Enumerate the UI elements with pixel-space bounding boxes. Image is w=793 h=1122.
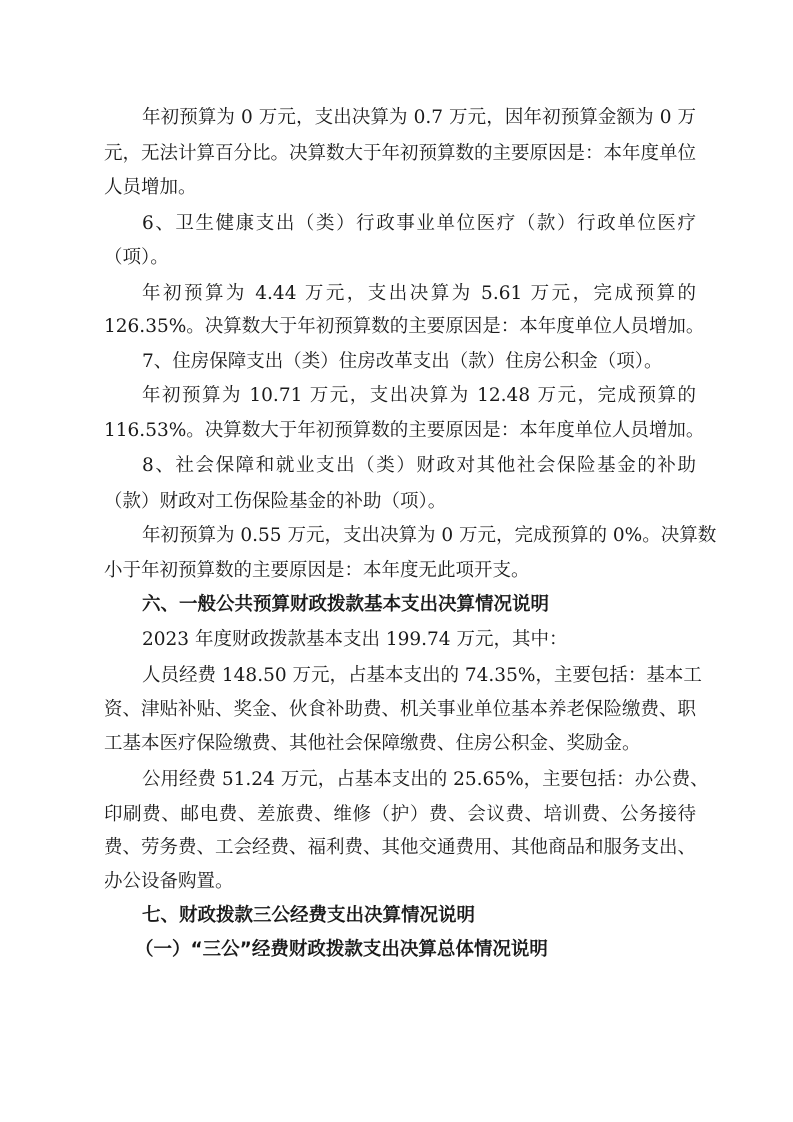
paragraph-line: 年初预算为 10.71 万元，支出决算为 12.48 万元，完成预算的 <box>142 379 696 413</box>
paragraph-line: 资、津贴补贴、奖金、伙食补助费、机关事业单位基本养老保险缴费、职 <box>104 693 696 727</box>
section-heading-7: 七、财政拨款三公经费支出决算情况说明 <box>142 899 696 933</box>
section-heading-6: 六、一般公共预算财政拨款基本支出决算情况说明 <box>142 588 696 622</box>
list-item-6-cont: （项）。 <box>104 241 696 275</box>
paragraph-line: 工基本医疗保险缴费、其他社会保障缴费、住房公积金、奖励金。 <box>104 727 696 761</box>
list-item-8: 8、社会保障和就业支出（类）财政对其他社会保险基金的补助 <box>142 449 696 483</box>
paragraph-line: 元，无法计算百分比。决算数大于年初预算数的主要原因是：本年度单位 <box>104 137 696 171</box>
paragraph-line: 年初预算为 0 万元，支出决算为 0.7 万元，因年初预算金额为 0 万 <box>142 101 696 135</box>
paragraph-line: 费、劳务费、工会经费、福利费、其他交通费用、其他商品和服务支出、 <box>104 831 696 865</box>
paragraph-line: 2023 年度财政拨款基本支出 199.74 万元，其中： <box>142 623 696 657</box>
paragraph-line: 人员增加。 <box>104 171 696 205</box>
list-item-8-cont: （款）财政对工伤保险基金的补助（项）。 <box>104 485 696 519</box>
list-item-7: 7、住房保障支出（类）住房改革支出（款）住房公积金（项）。 <box>142 345 696 379</box>
paragraph-line: 人员经费 148.50 万元，占基本支出的 74.35%，主要包括：基本工 <box>142 659 696 693</box>
list-item-6: 6、卫生健康支出（类）行政事业单位医疗（款）行政单位医疗 <box>142 207 696 241</box>
paragraph-line: 办公设备购置。 <box>104 865 696 899</box>
subsection-heading-7-1: （一）“三公”经费财政拨款支出决算总体情况说明 <box>135 933 727 967</box>
paragraph-line: 126.35%。决算数大于年初预算数的主要原因是：本年度单位人员增加。 <box>104 310 696 344</box>
paragraph-line: 年初预算为 4.44 万元，支出决算为 5.61 万元，完成预算的 <box>142 277 696 311</box>
paragraph-line: 公用经费 51.24 万元，占基本支出的 25.65%，主要包括：办公费、 <box>142 763 696 797</box>
paragraph-line: 年初预算为 0.55 万元，支出决算为 0 万元，完成预算的 0%。决算数 <box>142 519 696 553</box>
paragraph-line: 印刷费、邮电费、差旅费、维修（护）费、会议费、培训费、公务接待 <box>104 798 696 832</box>
paragraph-line: 小于年初预算数的主要原因是：本年度无此项开支。 <box>104 554 696 588</box>
paragraph-line: 116.53%。决算数大于年初预算数的主要原因是：本年度单位人员增加。 <box>104 414 696 448</box>
document-page: 年初预算为 0 万元，支出决算为 0.7 万元，因年初预算金额为 0 万 元，无… <box>0 0 793 1122</box>
